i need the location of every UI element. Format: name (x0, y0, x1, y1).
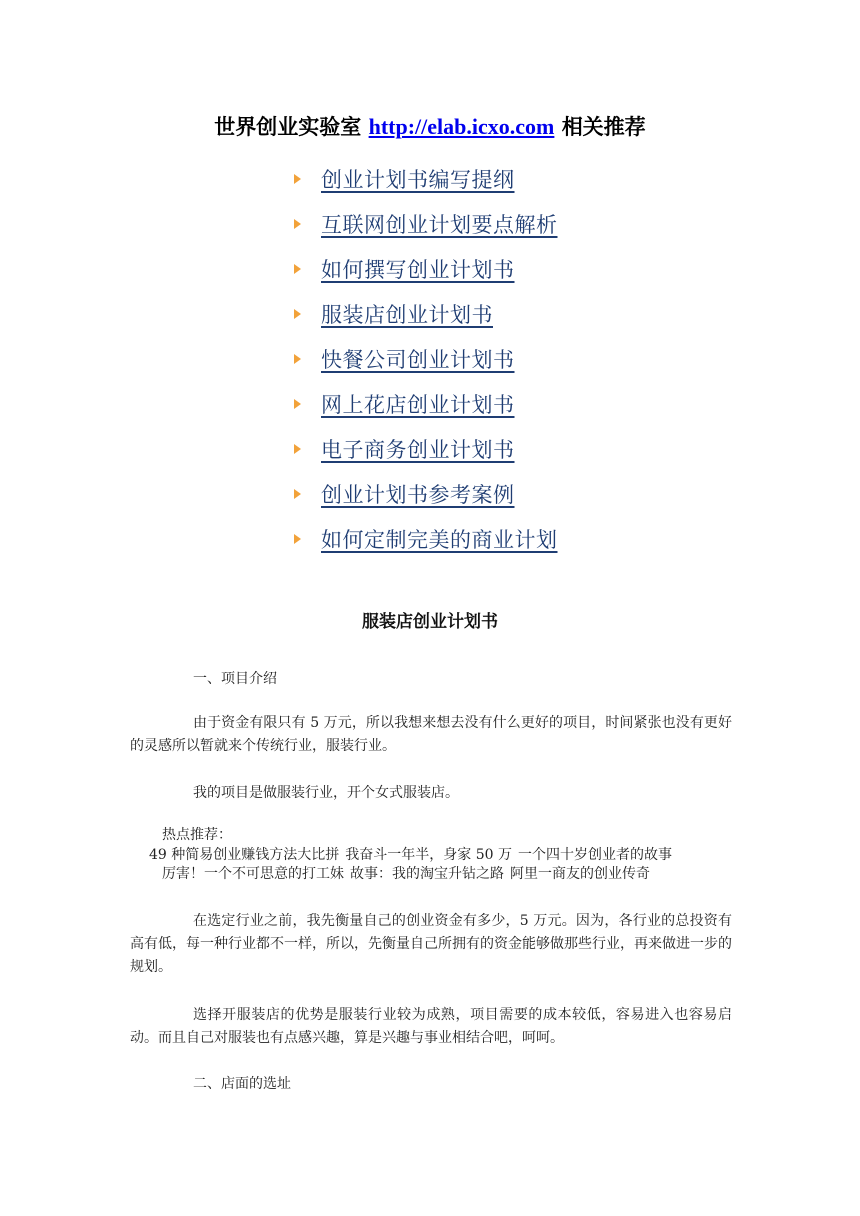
hot-link[interactable]: 阿里一商友的创业传奇 (510, 866, 650, 882)
bullet-arrow-icon (294, 489, 301, 499)
hot-link[interactable]: 故事：我的淘宝升钻之路 (350, 866, 504, 882)
related-link[interactable]: 快餐公司创业计划书 (321, 344, 515, 374)
list-item: 如何定制完美的商业计划 (288, 516, 558, 561)
hot-link[interactable]: 49 种简易创业赚钱方法大比拼 (149, 847, 339, 863)
list-item: 服装店创业计划书 (288, 291, 558, 336)
paragraph-project: 我的项目是做服装行业，开个女式服装店。 (130, 782, 732, 805)
elab-link[interactable]: http://elab.icxo.com (369, 114, 555, 139)
related-link[interactable]: 电子商务创业计划书 (321, 434, 515, 464)
article-title: 服装店创业计划书 (0, 609, 860, 635)
related-link[interactable]: 创业计划书参考案例 (321, 479, 515, 509)
paragraph-advantages: 选择开服装店的优势是服装行业较为成熟，项目需要的成本较低，容易进入也容易启动。而… (130, 1004, 732, 1050)
section-heading-project-intro: 一、项目介绍 (130, 668, 732, 691)
header-prefix: 世界创业实验室 (214, 115, 361, 139)
hot-link[interactable]: 厉害！一个不可思意的打工妹 (162, 866, 344, 882)
related-links-list: 创业计划书编写提纲 互联网创业计划要点解析 如何撰写创业计划书 服装店创业计划书… (288, 156, 558, 561)
bullet-arrow-icon (294, 309, 301, 319)
list-item: 互联网创业计划要点解析 (288, 201, 558, 246)
related-link[interactable]: 如何撰写创业计划书 (321, 254, 515, 284)
bullet-arrow-icon (294, 264, 301, 274)
recommendation-header: 世界创业实验室 http://elab.icxo.com 相关推荐 (0, 112, 860, 142)
paragraph-capital-assessment: 在选定行业之前，我先衡量自己的创业资金有多少，5 万元。因为，各行业的总投资有高… (130, 910, 732, 979)
list-item: 创业计划书参考案例 (288, 471, 558, 516)
hot-links-row-2: 厉害！一个不可思意的打工妹故事：我的淘宝升钻之路阿里一商友的创业传奇 (149, 865, 742, 885)
hot-recommendations: 热点推荐： 49 种简易创业赚钱方法大比拼我奋斗一年半，身家 50 万一个四十岁… (162, 826, 742, 885)
related-link[interactable]: 网上花店创业计划书 (321, 389, 515, 419)
header-suffix: 相关推荐 (562, 115, 646, 139)
bullet-arrow-icon (294, 534, 301, 544)
hot-link[interactable]: 一个四十岁创业者的故事 (518, 847, 672, 863)
bullet-arrow-icon (294, 354, 301, 364)
hot-link[interactable]: 我奋斗一年半，身家 50 万 (345, 847, 512, 863)
bullet-arrow-icon (294, 174, 301, 184)
section-heading-store-location: 二、店面的选址 (130, 1073, 732, 1096)
paragraph-funding: 由于资金有限只有 5 万元，所以我想来想去没有什么更好的项目，时间紧张也没有更好… (130, 712, 732, 758)
list-item: 快餐公司创业计划书 (288, 336, 558, 381)
related-link[interactable]: 互联网创业计划要点解析 (321, 209, 558, 239)
bullet-arrow-icon (294, 399, 301, 409)
list-item: 电子商务创业计划书 (288, 426, 558, 471)
list-item: 创业计划书编写提纲 (288, 156, 558, 201)
bullet-arrow-icon (294, 219, 301, 229)
related-link[interactable]: 如何定制完美的商业计划 (321, 524, 558, 554)
list-item: 如何撰写创业计划书 (288, 246, 558, 291)
bullet-arrow-icon (294, 444, 301, 454)
hot-links: 49 种简易创业赚钱方法大比拼我奋斗一年半，身家 50 万一个四十岁创业者的故事… (149, 846, 742, 885)
hot-label: 热点推荐： (162, 826, 742, 846)
related-link[interactable]: 服装店创业计划书 (321, 299, 493, 329)
related-link[interactable]: 创业计划书编写提纲 (321, 164, 515, 194)
list-item: 网上花店创业计划书 (288, 381, 558, 426)
